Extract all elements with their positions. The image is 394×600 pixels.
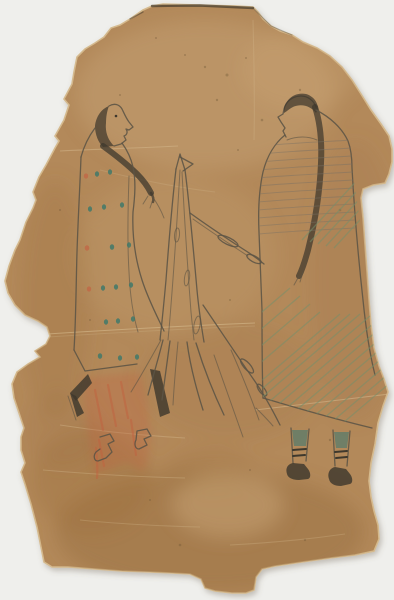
speckle — [216, 99, 218, 101]
dot — [135, 354, 139, 359]
speckle — [249, 469, 251, 471]
speckle — [329, 439, 331, 441]
scanned-page — [0, 0, 394, 600]
speckle — [59, 209, 61, 211]
ledger-drawing-scan — [0, 0, 394, 600]
dot — [88, 206, 92, 211]
dot — [110, 244, 114, 250]
dot — [98, 353, 102, 359]
speckle — [89, 319, 91, 321]
speckle — [245, 57, 247, 59]
paper-fragment — [5, 4, 394, 594]
speckle — [184, 54, 186, 56]
stain — [140, 320, 320, 440]
speckle — [237, 149, 239, 151]
speckle — [41, 90, 44, 93]
speckle — [261, 119, 264, 122]
speckle — [149, 499, 151, 501]
dot — [118, 355, 122, 360]
left-eye — [115, 115, 118, 118]
dot — [120, 202, 124, 207]
ankle-band — [293, 455, 305, 456]
speckle — [179, 544, 182, 547]
dot — [129, 282, 133, 287]
ankle-band — [293, 449, 306, 450]
dot — [131, 316, 135, 321]
dot — [101, 285, 105, 290]
ankle-band — [335, 451, 347, 452]
dot — [87, 286, 91, 291]
dot — [114, 284, 118, 289]
legging-right — [334, 432, 349, 448]
dot — [108, 169, 112, 174]
dot — [84, 173, 88, 178]
dot — [104, 319, 108, 324]
dot — [95, 171, 99, 176]
dot — [127, 242, 131, 247]
ankle-band — [336, 457, 347, 458]
speckle — [229, 299, 231, 301]
dot — [102, 204, 106, 209]
speckle — [155, 37, 157, 39]
stain — [173, 473, 283, 537]
speckle — [226, 74, 229, 77]
speckle — [119, 94, 121, 96]
speckle — [204, 66, 206, 68]
dot — [116, 318, 120, 323]
legging-left — [292, 430, 308, 446]
dot — [85, 245, 90, 250]
speckle — [299, 89, 301, 91]
